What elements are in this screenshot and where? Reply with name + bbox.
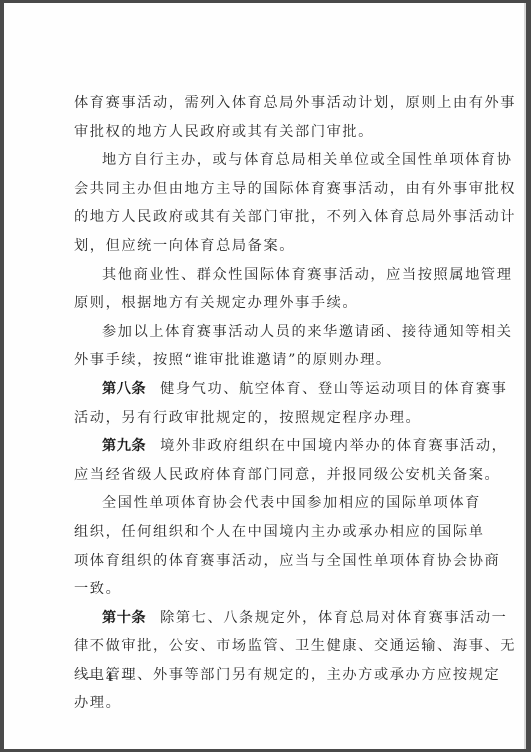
document-body: 体育赛事活动，需列入体育总局外事活动计划，原则上由有外事 审批权的地方人民政府或… [74, 89, 470, 718]
article-text: 除第七、八条规定外，体育总局对体育赛事活动一 [160, 610, 507, 626]
article-text: 健身气功、航空体育、登山等运动项目的体育赛事 [160, 381, 507, 397]
text-line: 外事手续，按照“谁审批谁邀请”的原则办理。 [74, 346, 470, 375]
text-line: 原则，根据地方有关规定办理外事手续。 [74, 289, 470, 318]
text-line: 会共同主办但由地方主导的国际体育赛事活动，由有外事审批权 [74, 175, 470, 204]
text-line: 其他商业性、群众性国际体育赛事活动，应当按照属地管理 [74, 261, 470, 290]
text-line: 律不做审批，公安、市场监管、卫生健康、交通运输、海事、无 [74, 632, 470, 661]
paragraph-2: 地方自行主办，或与体育总局相关单位或全国性单项体育协 会共同主办但由地方主导的国… [74, 146, 470, 260]
text-line: 参加以上体育赛事活动人员的来华邀请函、接待通知等相关 [74, 318, 470, 347]
document-page: 体育赛事活动，需列入体育总局外事活动计划，原则上由有外事 审批权的地方人民政府或… [4, 3, 526, 749]
text-line: 组织，任何组织和个人在中国境内主办或承办相应的国际单 [74, 518, 470, 547]
article-text: 境外非政府组织在中国境内举办的体育赛事活动， [160, 438, 507, 454]
text-line: 全国性单项体育协会代表中国参加相应的国际单项体育 [74, 489, 470, 518]
text-line: 第八条健身气功、航空体育、登山等运动项目的体育赛事 [74, 375, 470, 404]
text-line: 一致。 [74, 575, 470, 604]
paragraph-1: 体育赛事活动，需列入体育总局外事活动计划，原则上由有外事 审批权的地方人民政府或… [74, 89, 470, 146]
article-heading: 第十条 [102, 610, 146, 626]
text-line: 办理。 [74, 689, 470, 718]
text-line: 项体育组织的体育赛事活动，应当与全国性单项体育协会协商 [74, 547, 470, 576]
paragraph-4: 参加以上体育赛事活动人员的来华邀请函、接待通知等相关 外事手续，按照“谁审批谁邀… [74, 318, 470, 375]
paragraph-7: 全国性单项体育协会代表中国参加相应的国际单项体育 组织，任何组织和个人在中国境内… [74, 489, 470, 603]
text-line: 应当经省级人民政府体育部门同意，并报同级公安机关备案。 [74, 461, 470, 490]
text-line: 活动，另有行政审批规定的，按照规定程序办理。 [74, 404, 470, 433]
page-number: — 4 — [86, 670, 135, 684]
article-8: 第八条健身气功、航空体育、登山等运动项目的体育赛事 活动，另有行政审批规定的，按… [74, 375, 470, 432]
article-9: 第九条境外非政府组织在中国境内举办的体育赛事活动， 应当经省级人民政府体育部门同… [74, 432, 470, 489]
article-heading: 第九条 [102, 438, 146, 454]
text-line: 地方自行主办，或与体育总局相关单位或全国性单项体育协 [74, 146, 470, 175]
paragraph-3: 其他商业性、群众性国际体育赛事活动，应当按照属地管理 原则，根据地方有关规定办理… [74, 261, 470, 318]
text-line: 划，但应统一向体育总局备案。 [74, 232, 470, 261]
text-line: 审批权的地方人民政府或其有关部门审批。 [74, 118, 470, 147]
article-heading: 第八条 [102, 381, 146, 397]
text-line: 第十条除第七、八条规定外，体育总局对体育赛事活动一 [74, 604, 470, 633]
text-line: 的地方人民政府或其有关部门审批，不列入体育总局外事活动计 [74, 203, 470, 232]
article-10: 第十条除第七、八条规定外，体育总局对体育赛事活动一 律不做审批，公安、市场监管、… [74, 604, 470, 718]
text-line: 体育赛事活动，需列入体育总局外事活动计划，原则上由有外事 [74, 89, 470, 118]
text-line: 第九条境外非政府组织在中国境内举办的体育赛事活动， [74, 432, 470, 461]
